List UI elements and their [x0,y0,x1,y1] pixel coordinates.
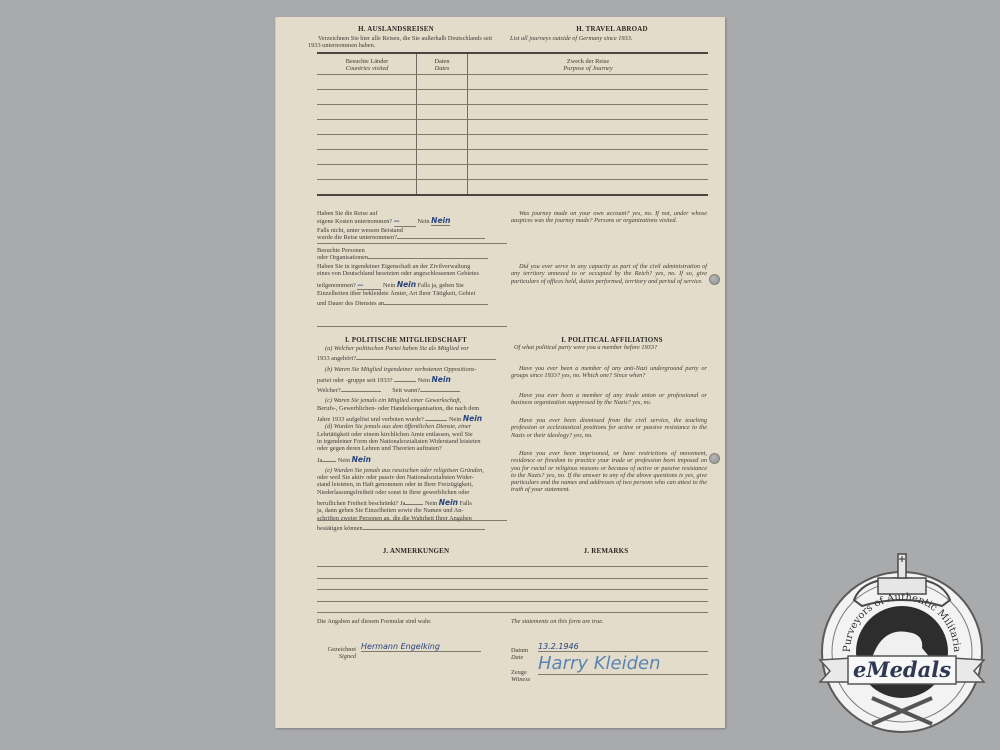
col-purpose-header: Zweck der ReisePurpose of Journey [468,58,708,73]
travel-heading-en: H. TRAVEL ABROAD [512,25,712,33]
remark-line[interactable] [317,578,708,579]
travel-heading-de: H. AUSLANDSREISEN [306,25,486,33]
document-page: H. AUSLANDSREISEN H. TRAVEL ABROAD Verze… [275,17,725,728]
logo-est: Est. 1981 [890,690,914,696]
q-c-answer[interactable]: Nein [463,414,482,423]
witness-field[interactable]: Harry Kleiden [538,653,708,675]
political-heading-en: I. POLITICAL AFFILIATIONS [512,336,712,344]
table-row[interactable] [317,134,708,135]
logo-brand: eMedals [853,657,951,682]
civil-admin-question-de: Haben Sie in irgendeiner Eigenschaft an … [317,263,507,307]
punch-hole [709,274,720,285]
q-b-answer[interactable]: Nein [432,375,451,384]
date-field[interactable]: 13.2.1946 [538,642,708,652]
table-row[interactable] [317,149,708,150]
q-d-answer[interactable]: Nein [352,455,371,464]
civil-admin-question-en: Did you ever serve in any capacity as pa… [511,263,707,285]
q-e-answer[interactable]: Nein [439,498,458,507]
true-statement-de: Die Angaben auf diesem Formular sind wah… [317,618,432,625]
table-row[interactable] [317,164,708,165]
table-row[interactable] [317,119,708,120]
q-e-en: Have you ever been imprisoned, or have r… [511,450,707,494]
political-questions-de: (a) Welcher politischen Partei haben Sie… [317,345,507,532]
q-c-en: Have you ever been a member of any trade… [511,392,707,407]
travel-intro-en: List all journeys outside of Germany sin… [510,35,710,42]
remark-line[interactable] [317,589,708,590]
witness-label: ZeugeWitness [511,669,541,684]
emedals-logo: eMedals Est. 1981 Purveyors of Authentic… [812,548,992,740]
q-d-en: Have you ever been dismissed from the ci… [511,417,707,439]
true-statement-en: The statements on this form are true. [511,618,604,625]
q-b-en: Have you ever been a member of any anti-… [511,365,707,380]
remark-line[interactable] [317,566,708,567]
civil-admin-answer[interactable]: Nein [397,280,416,289]
remark-line[interactable] [317,601,708,602]
table-row[interactable] [317,89,708,90]
own-account-question-de: Haben Sie die Reise auf eigene Kosten un… [317,210,507,241]
col-countries-header: Besuchte LänderCountries visited [318,58,416,73]
table-row[interactable] [317,179,708,180]
own-account-question-en: Was journey made on your own account? ye… [511,210,707,225]
signed-field[interactable]: Hermann Engelking [361,642,481,652]
political-heading-de: I. POLITISCHE MITGLIEDSCHAFT [306,336,506,344]
remarks-heading-de: J. ANMERKUNGEN [316,547,516,555]
col-dates-header: DatenDates [417,58,467,73]
punch-hole [709,453,720,464]
table-row[interactable] [317,104,708,105]
remark-line[interactable] [317,612,708,613]
own-account-answer[interactable]: Nein [431,216,450,226]
q-a-en: Of what political party were you a membe… [514,344,710,351]
remarks-heading-en: J. REMARKS [506,547,706,555]
persons-visited-de: Besuchte Personen oder Organisationen [317,247,507,262]
travel-intro-de: Verzeichnen Sie hier alle Reisen, die Si… [308,35,504,50]
date-label: DatumDate [511,647,541,662]
signed-label: GezeichnetSigned [323,646,356,661]
